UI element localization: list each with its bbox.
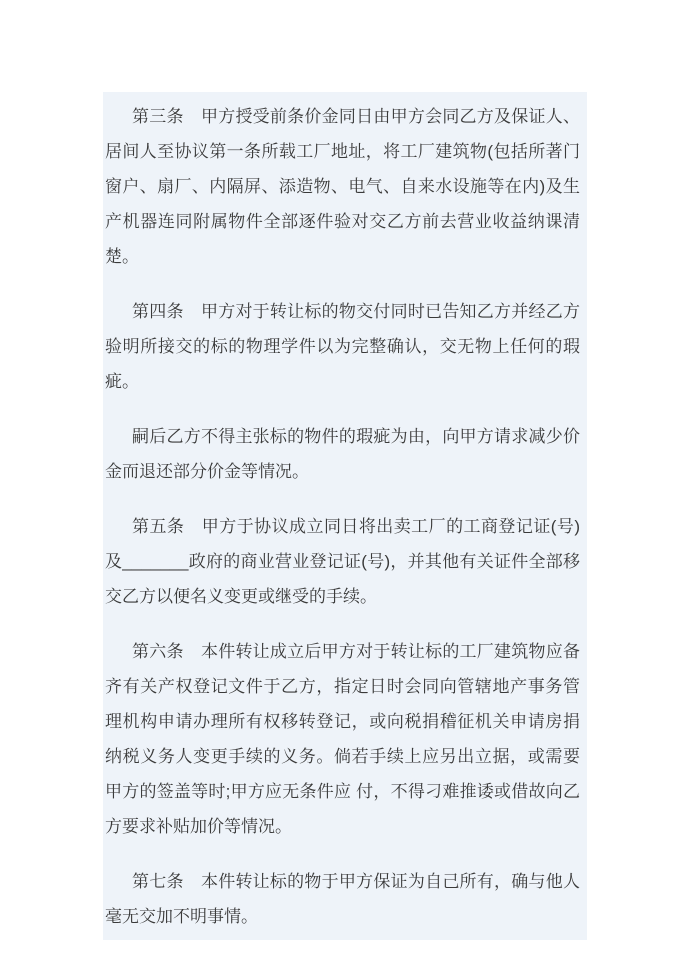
contract-paragraph: 第三条 甲方授受前条价金同日由甲方会同乙方及保证人、居间人至协议第一条所载工厂地… (105, 99, 580, 274)
contract-document-panel: 第三条 甲方授受前条价金同日由甲方会同乙方及保证人、居间人至协议第一条所载工厂地… (103, 92, 587, 940)
contract-paragraph: 第六条 本件转让成立后甲方对于转让标的工厂建筑物应备齐有关产权登记文件于乙方，指… (105, 634, 580, 844)
contract-paragraph: 第七条 本件转让标的物于甲方保证为自己所有，确与他人毫无交加不明事情。 (105, 864, 580, 934)
contract-paragraph: 第四条 甲方对于转让标的物交付同时已告知乙方并经乙方验明所接交的标的物理学件以为… (105, 294, 580, 399)
contract-paragraph: 第五条 甲方于协议成立同日将出卖工厂的工商登记证(号)及_______政府的商业… (105, 509, 580, 614)
contract-paragraph: 嗣后乙方不得主张标的物件的瑕疵为由，向甲方请求减少价金而退还部分价金等情况。 (105, 419, 580, 489)
page: 第三条 甲方授受前条价金同日由甲方会同乙方及保证人、居间人至协议第一条所载工厂地… (0, 0, 690, 976)
